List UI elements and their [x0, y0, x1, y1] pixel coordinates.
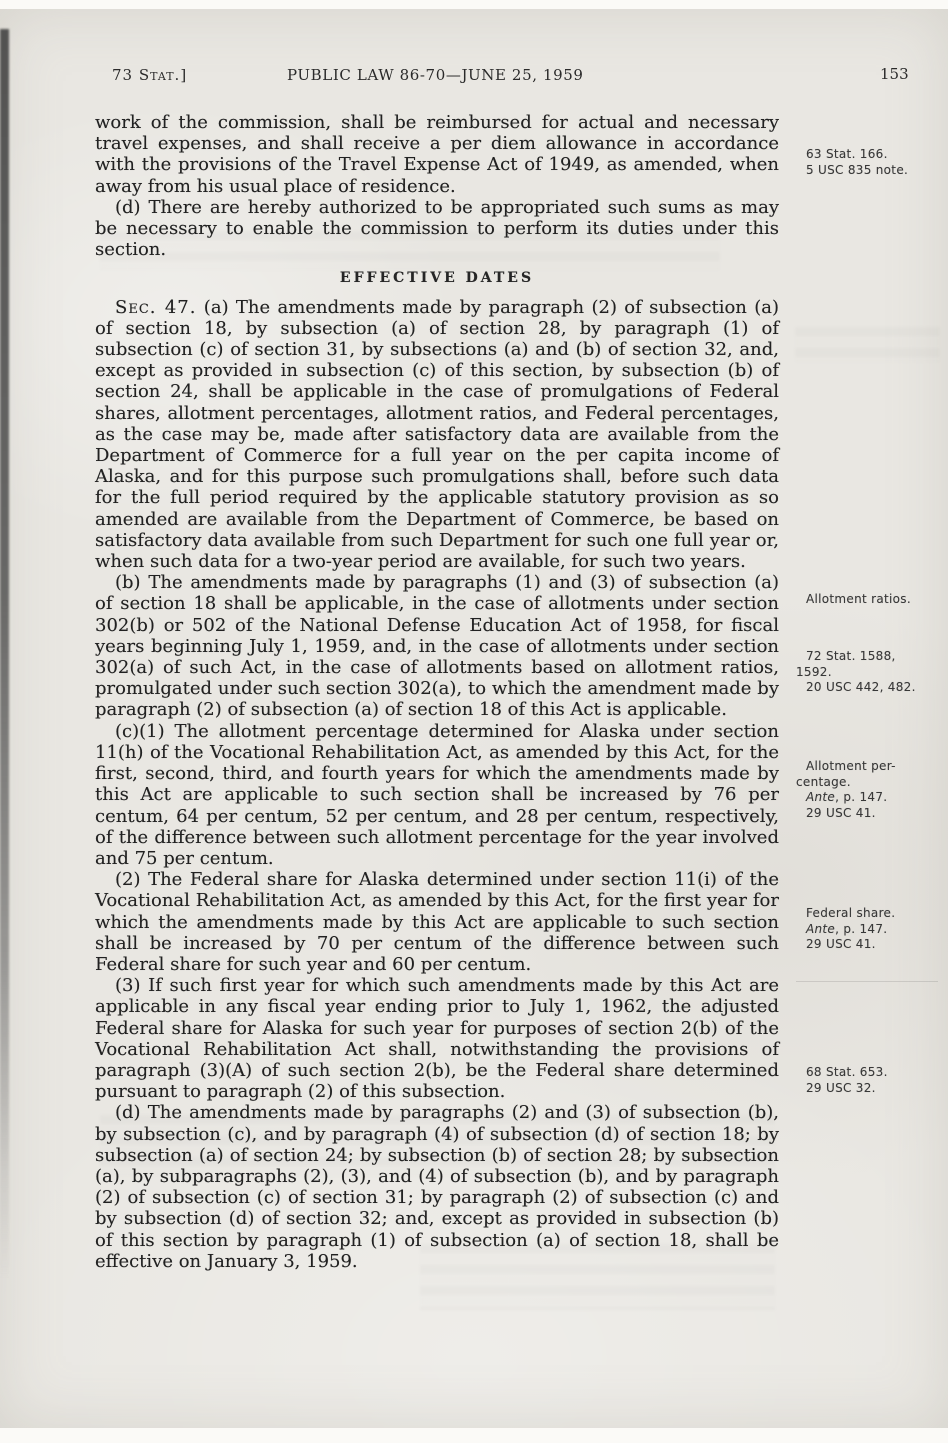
- bleedthrough-smudge: [795, 327, 940, 363]
- ante-page-ref: , p. 147.: [835, 922, 887, 936]
- page-number: 153: [880, 65, 909, 83]
- margin-note-line: 68 Stat. 653.: [796, 1065, 944, 1081]
- section-body-text: (a) The amendments made by paragraph (2)…: [95, 297, 779, 572]
- paragraph-sec47-a: Sec. 47. (a) The amendments made by para…: [95, 297, 779, 573]
- margin-note-line: Ante, p. 147.: [796, 790, 944, 806]
- margin-note-travel-expense-act: 63 Stat. 166. 5 USC 835 note.: [796, 147, 944, 178]
- paragraph-sec47-c1: (c)(1) The allotment percentage determin…: [95, 721, 779, 869]
- running-head-title: PUBLIC LAW 86-70—JUNE 25, 1959: [287, 66, 584, 84]
- scan-edge-shadow: [0, 29, 9, 1279]
- paragraph-travel-expenses: work of the commission, shall be reimbur…: [95, 112, 779, 197]
- heading-effective-dates: EFFECTIVE DATES: [95, 268, 779, 289]
- paragraph-sec47-c3: (3) If such first year for which such am…: [95, 975, 779, 1102]
- paragraph-sec47-c2: (2) The Federal share for Alaska determi…: [95, 869, 779, 975]
- margin-note-ndea-citation: 72 Stat. 1588, 1592. 20 USC 442, 482.: [796, 649, 944, 696]
- margin-note-allotment-ratios: Allotment ratios.: [796, 592, 944, 608]
- faint-margin-rule: [796, 981, 938, 982]
- margin-note-line: 29 USC 41.: [796, 937, 944, 953]
- margin-note-line: Ante, p. 147.: [796, 922, 944, 938]
- margin-note-line: centage.: [796, 775, 944, 791]
- margin-note-line: Allotment ratios.: [796, 592, 944, 608]
- ante-page-ref: , p. 147.: [835, 790, 887, 804]
- section-lead: Sec. 47.: [115, 297, 196, 318]
- margin-note-line: 29 USC 41.: [796, 806, 944, 822]
- margin-note-line: 29 USC 32.: [796, 1081, 944, 1097]
- ante-reference: Ante: [806, 922, 835, 936]
- margin-note-federal-share: Federal share. Ante, p. 147. 29 USC 41.: [796, 906, 944, 953]
- margin-note-allotment-percentage: Allotment per- centage. Ante, p. 147. 29…: [796, 759, 944, 821]
- ante-reference: Ante: [806, 790, 835, 804]
- paragraph-sec47-b: (b) The amendments made by paragraphs (1…: [95, 572, 779, 720]
- paragraph-appropriations: (d) There are hereby authorized to be ap…: [95, 197, 779, 261]
- paragraph-sec47-d: (d) The amendments made by paragraphs (2…: [95, 1102, 779, 1272]
- scanned-statute-page: 73 Stat.] PUBLIC LAW 86-70—JUNE 25, 1959…: [0, 0, 948, 1443]
- margin-note-line: 20 USC 442, 482.: [796, 680, 944, 696]
- margin-note-line: Federal share.: [796, 906, 944, 922]
- margin-note-line: 72 Stat. 1588,: [796, 649, 944, 665]
- margin-note-line: Allotment per-: [796, 759, 944, 775]
- margin-note-line: 1592.: [796, 665, 944, 681]
- stat-volume-label: 73 Stat.]: [112, 66, 187, 84]
- paper-sheet: 73 Stat.] PUBLIC LAW 86-70—JUNE 25, 1959…: [0, 9, 948, 1428]
- margin-note-line: 63 Stat. 166.: [796, 147, 944, 163]
- statute-text-column: work of the commission, shall be reimbur…: [95, 112, 779, 1272]
- margin-note-line: 5 USC 835 note.: [796, 163, 944, 179]
- margin-note-vocational-rehab-citation: 68 Stat. 653. 29 USC 32.: [796, 1065, 944, 1096]
